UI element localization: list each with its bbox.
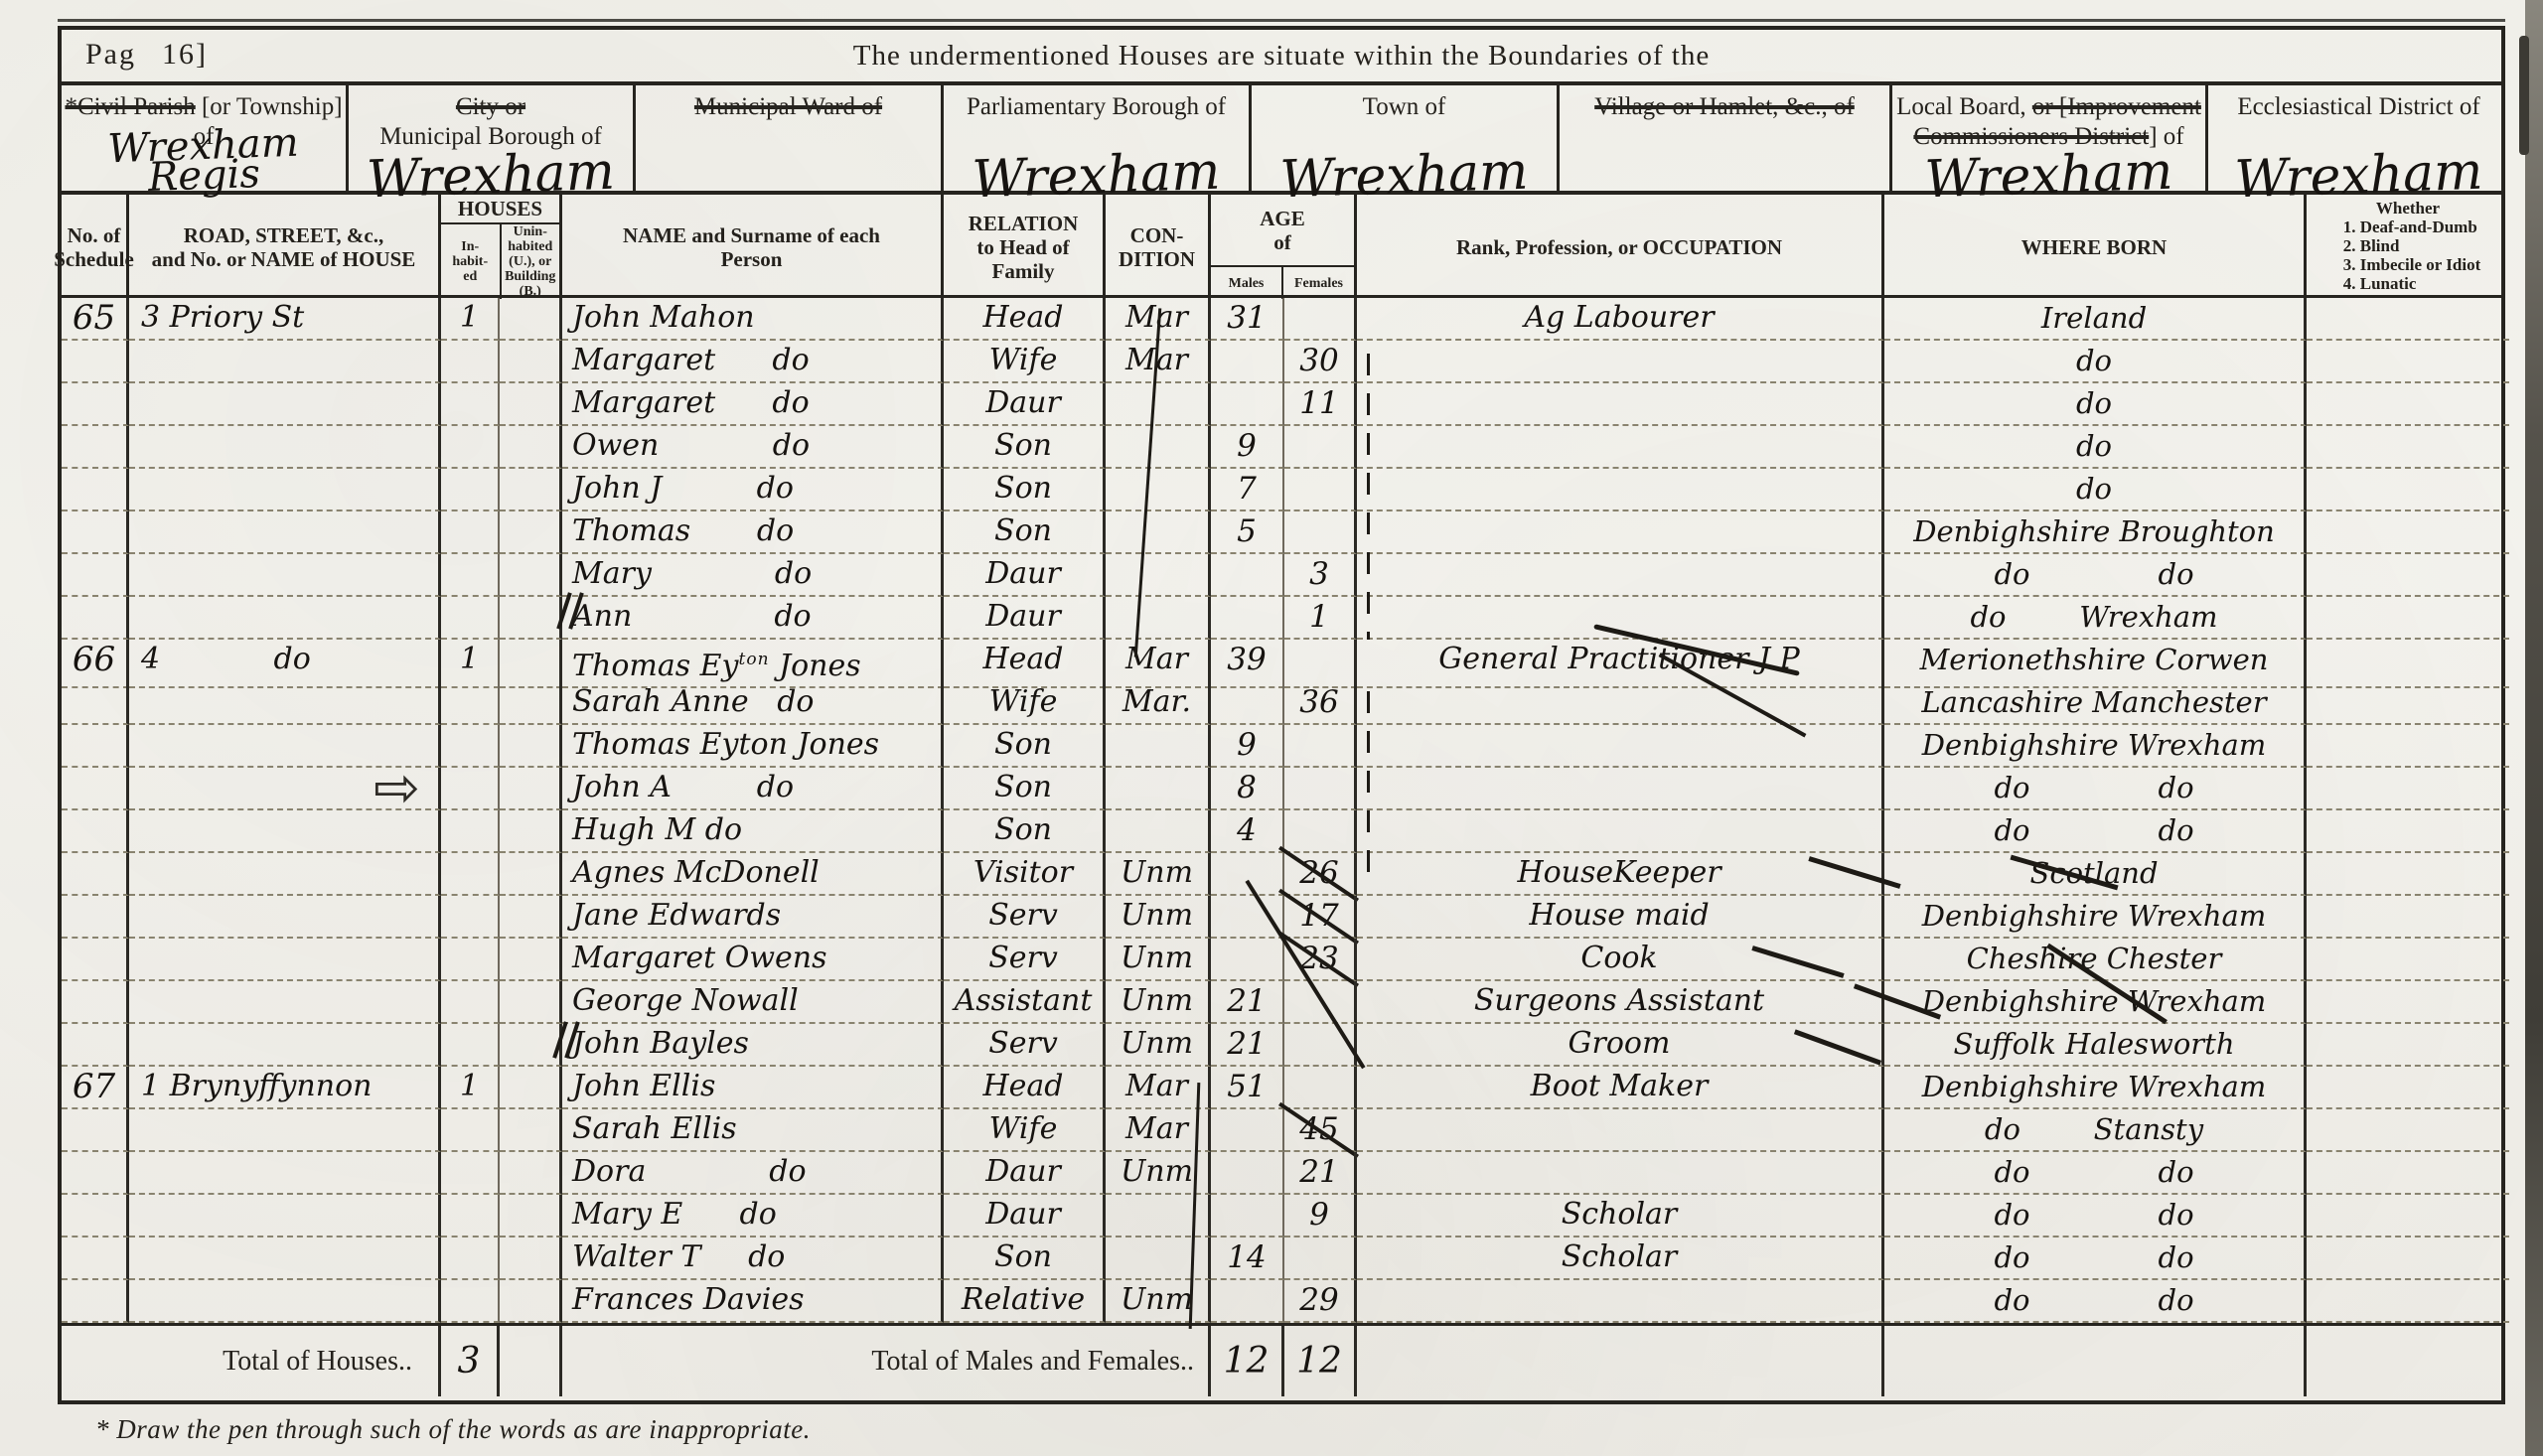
colhead-infirmity-list: 1. Deaf-and-Dumb 2. Blind 3. Imbecile or… — [2335, 218, 2481, 293]
cell-occupation — [1357, 1152, 1884, 1195]
cell-person-name: Frances Davies — [562, 1280, 944, 1323]
cell-age-female — [1284, 426, 1357, 469]
cell-infirmity — [2307, 810, 2509, 853]
cell-infirmity — [2307, 725, 2509, 768]
cell-houses-inhabited — [441, 1238, 500, 1280]
cell-relation: Relative — [944, 1280, 1106, 1323]
cell-where-born: do — [1884, 341, 2307, 383]
cell-where-born: Denbighshire Wrexham — [1884, 896, 2307, 939]
colhead-road: ROAD, STREET, &c., and No. or NAME of HO… — [129, 195, 441, 299]
district-box: Municipal Ward of — [636, 85, 944, 191]
cell-occupation: HouseKeeper — [1357, 853, 1884, 896]
cell-schedule-number — [62, 939, 129, 981]
cell-where-born: do do — [1884, 1152, 2307, 1195]
cell-occupation — [1357, 682, 1884, 725]
cell-road-street — [129, 426, 441, 469]
cell-houses-inhabited — [441, 383, 500, 426]
district-box: *Civil Parish [or Township] of Wrexham R… — [62, 85, 349, 191]
cell-condition: Mar — [1106, 298, 1211, 341]
cell-condition: Unm — [1106, 981, 1211, 1024]
cell-person-name: Thomas Eyton Jones — [562, 725, 944, 768]
cell-condition: Mar — [1106, 1067, 1211, 1109]
cell-occupation — [1357, 511, 1884, 554]
cell-age-female — [1284, 511, 1357, 554]
cell-houses-uninhabited — [500, 640, 562, 688]
district-box: Local Board, or [Improvement Commissione… — [1892, 85, 2208, 191]
total-houses-label: Total of Houses.. — [62, 1326, 441, 1396]
cell-schedule-number — [62, 682, 129, 725]
cell-houses-inhabited — [441, 896, 500, 939]
cell-age-male: 51 — [1211, 1067, 1284, 1109]
cell-houses-inhabited — [441, 1024, 500, 1067]
cell-infirmity — [2307, 896, 2509, 939]
cell-houses-inhabited — [441, 1152, 500, 1195]
cell-condition: Mar. — [1106, 682, 1211, 725]
cell-where-born: Denbighshire Wrexham — [1884, 1067, 2307, 1109]
cell-road-street — [129, 341, 441, 383]
cell-person-name: Walter T do — [562, 1238, 944, 1280]
cell-condition — [1106, 597, 1211, 640]
cell-person-name: Sarah Ellis — [562, 1109, 944, 1152]
cell-age-female: 45 — [1284, 1109, 1357, 1152]
cell-houses-inhabited: 1 — [441, 1067, 500, 1109]
cell-age-female — [1284, 1238, 1357, 1280]
cell-occupation: General Practitioner J P — [1357, 640, 1884, 688]
cell-age-male: 31 — [1211, 298, 1284, 341]
cell-houses-inhabited — [441, 341, 500, 383]
cell-condition — [1106, 768, 1211, 810]
cell-schedule-number — [62, 1152, 129, 1195]
cell-houses-inhabited — [441, 469, 500, 511]
cell-infirmity — [2307, 853, 2509, 896]
cell-schedule-number — [62, 1024, 129, 1067]
cell-age-female: 21 — [1284, 1152, 1357, 1195]
cell-condition — [1106, 469, 1211, 511]
cell-where-born: do Wrexham — [1884, 597, 2307, 640]
district-box: Town of Wrexham — [1252, 85, 1560, 191]
cell-occupation — [1357, 383, 1884, 426]
cell-relation: Head — [944, 1067, 1106, 1109]
page-word: Pag — [85, 38, 136, 71]
colhead-relation: RELATION to Head of Family — [944, 195, 1106, 299]
cell-condition — [1106, 1195, 1211, 1238]
cell-schedule-number: 67 — [62, 1067, 129, 1109]
cell-person-name: Agnes McDonell — [562, 853, 944, 896]
cell-road-street: 4 do — [129, 640, 441, 688]
cell-infirmity — [2307, 426, 2509, 469]
scan-edge-shadow — [2525, 0, 2543, 1456]
cell-schedule-number — [62, 1280, 129, 1323]
cell-houses-inhabited — [441, 1280, 500, 1323]
totals-spacer-1 — [500, 1326, 562, 1396]
cell-houses-inhabited — [441, 853, 500, 896]
cell-age-male: 9 — [1211, 426, 1284, 469]
cell-where-born: Denbighshire Broughton — [1884, 511, 2307, 554]
cell-houses-uninhabited — [500, 939, 562, 981]
cell-where-born: Lancashire Manchester — [1884, 682, 2307, 725]
cell-person-name: John Bayles — [562, 1024, 944, 1067]
cell-road-street — [129, 1195, 441, 1238]
cell-occupation: Scholar — [1357, 1238, 1884, 1280]
district-label-line1: Ecclesiastical District of — [2208, 92, 2509, 122]
cell-road-street — [129, 853, 441, 896]
cell-schedule-number: 65 — [62, 298, 129, 341]
table-row: Mary do Daur 3 do do — [62, 554, 2501, 597]
district-label-line1: Parliamentary Borough of — [944, 92, 1249, 122]
cell-occupation — [1357, 1109, 1884, 1152]
cell-age-male: 8 — [1211, 768, 1284, 810]
colhead-infirmity: Whether 1. Deaf-and-Dumb 2. Blind 3. Imb… — [2307, 195, 2509, 299]
cell-age-male — [1211, 896, 1284, 939]
cell-condition — [1106, 511, 1211, 554]
cell-occupation: Cook — [1357, 939, 1884, 981]
cell-age-female — [1284, 768, 1357, 810]
cell-relation: Wife — [944, 682, 1106, 725]
cell-occupation — [1357, 810, 1884, 853]
cell-age-male — [1211, 1280, 1284, 1323]
district-row: *Civil Parish [or Township] of Wrexham R… — [62, 85, 2501, 195]
cell-condition — [1106, 383, 1211, 426]
cell-houses-uninhabited — [500, 511, 562, 554]
cell-infirmity — [2307, 511, 2509, 554]
table-row: John A do Son 8 do do — [62, 768, 2501, 810]
cell-relation: Serv — [944, 939, 1106, 981]
cell-houses-uninhabited — [500, 1067, 562, 1109]
cell-relation: Visitor — [944, 853, 1106, 896]
cell-relation: Head — [944, 298, 1106, 341]
cell-person-name: Thomas Eyton Jones — [562, 640, 944, 688]
cell-infirmity — [2307, 597, 2509, 640]
cell-condition: Unm — [1106, 1152, 1211, 1195]
colhead-where-born: WHERE BORN — [1884, 195, 2307, 299]
cell-where-born: Denbighshire Wrexham — [1884, 981, 2307, 1024]
district-value: Wrexham Regis — [61, 126, 347, 196]
cell-schedule-number — [62, 768, 129, 810]
cell-infirmity — [2307, 682, 2509, 725]
insertion-arrow-icon: ⇨ — [374, 761, 420, 816]
cell-houses-inhabited — [441, 597, 500, 640]
colhead-schedule: No. of Schedule — [62, 195, 129, 299]
table-row: Margaret do Wife Mar 30 do — [62, 341, 2501, 383]
cell-houses-uninhabited — [500, 554, 562, 597]
table-row: 65 3 Priory St 1 John Mahon Head Mar 31 … — [62, 298, 2501, 341]
cell-person-name: Thomas do — [562, 511, 944, 554]
district-label-line1: Town of — [1252, 92, 1557, 122]
table-row: Margaret do Daur 11 do — [62, 383, 2501, 426]
cell-person-name: Mary do — [562, 554, 944, 597]
cell-relation: Wife — [944, 341, 1106, 383]
cell-where-born: Scotland — [1884, 853, 2307, 896]
cell-houses-uninhabited — [500, 810, 562, 853]
cell-infirmity — [2307, 640, 2509, 688]
cell-houses-uninhabited — [500, 1238, 562, 1280]
cell-relation: Son — [944, 426, 1106, 469]
table-row: Thomas do Son 5 Denbighshire Broughton — [62, 511, 2501, 554]
cell-condition — [1106, 725, 1211, 768]
colhead-females: Females — [1283, 267, 1354, 299]
cell-houses-uninhabited — [500, 1195, 562, 1238]
colhead-occupation: Rank, Profession, or OCCUPATION — [1357, 195, 1884, 299]
district-label-line1: Village or Hamlet, &c., of — [1560, 92, 1889, 122]
cell-infirmity — [2307, 1195, 2509, 1238]
cell-road-street — [129, 896, 441, 939]
page-number: 16] — [162, 38, 208, 71]
cell-schedule-number — [62, 1195, 129, 1238]
cell-houses-uninhabited — [500, 298, 562, 341]
cell-infirmity — [2307, 981, 2509, 1024]
cell-houses-uninhabited — [500, 426, 562, 469]
cell-age-female: 36 — [1284, 682, 1357, 725]
cell-occupation: Ag Labourer — [1357, 298, 1884, 341]
cell-where-born: do do — [1884, 1280, 2307, 1323]
cell-houses-inhabited — [441, 1195, 500, 1238]
cell-occupation — [1357, 768, 1884, 810]
cell-where-born: Suffolk Halesworth — [1884, 1024, 2307, 1067]
table-row: Mary E do Daur 9 Scholar do do — [62, 1195, 2501, 1238]
cell-schedule-number — [62, 853, 129, 896]
cell-age-female — [1284, 810, 1357, 853]
cell-houses-uninhabited — [500, 981, 562, 1024]
cell-schedule-number — [62, 1109, 129, 1152]
cell-occupation — [1357, 469, 1884, 511]
cell-road-street — [129, 981, 441, 1024]
cell-schedule-number — [62, 725, 129, 768]
cell-relation: Son — [944, 768, 1106, 810]
cell-age-male: 39 — [1211, 640, 1284, 688]
cell-schedule-number — [62, 597, 129, 640]
cell-relation: Daur — [944, 1152, 1106, 1195]
district-box: Parliamentary Borough of Wrexham — [944, 85, 1252, 191]
cell-schedule-number — [62, 426, 129, 469]
table-row: Frances Davies Relative Unm 29 do do — [62, 1280, 2501, 1323]
cell-person-name: Hugh M do — [562, 810, 944, 853]
totals-row: Total of Houses.. 3 Total of Males and F… — [62, 1323, 2501, 1396]
cell-age-female — [1284, 469, 1357, 511]
cell-person-name: George Nowall — [562, 981, 944, 1024]
cell-person-name: Ann do — [562, 597, 944, 640]
cell-road-street — [129, 1152, 441, 1195]
cell-houses-inhabited: 1 — [441, 298, 500, 341]
cell-relation: Wife — [944, 1109, 1106, 1152]
cell-occupation: Surgeons Assistant — [1357, 981, 1884, 1024]
cell-houses-inhabited — [441, 554, 500, 597]
cell-where-born: do — [1884, 426, 2307, 469]
cell-occupation — [1357, 426, 1884, 469]
column-header-row: No. of Schedule ROAD, STREET, &c., and N… — [62, 195, 2501, 298]
cell-occupation — [1357, 554, 1884, 597]
table-row: Sarah Ellis Wife Mar 45 do Stansty — [62, 1109, 2501, 1152]
cell-where-born: Cheshire Chester — [1884, 939, 2307, 981]
table-row: Owen do Son 9 do — [62, 426, 2501, 469]
cell-age-male — [1211, 1195, 1284, 1238]
cell-houses-inhabited — [441, 725, 500, 768]
cell-houses-uninhabited — [500, 768, 562, 810]
cell-infirmity — [2307, 383, 2509, 426]
cell-person-name: Jane Edwards — [562, 896, 944, 939]
cell-person-name: Sarah Anne do — [562, 682, 944, 725]
cell-condition — [1106, 554, 1211, 597]
cell-occupation: House maid — [1357, 896, 1884, 939]
cell-where-born: do do — [1884, 1238, 2307, 1280]
cell-condition — [1106, 810, 1211, 853]
cell-relation: Son — [944, 469, 1106, 511]
cell-relation: Son — [944, 725, 1106, 768]
footnote: * Draw the pen through such of the words… — [95, 1414, 811, 1445]
cell-relation: Son — [944, 810, 1106, 853]
cell-condition: Mar — [1106, 1109, 1211, 1152]
cell-age-female: 26 — [1284, 853, 1357, 896]
table-row: Thomas Eyton Jones Son 9 Denbighshire Wr… — [62, 725, 2501, 768]
cell-age-male: 9 — [1211, 725, 1284, 768]
cell-infirmity — [2307, 341, 2509, 383]
cell-age-female: 3 — [1284, 554, 1357, 597]
totals-spacer-2 — [1357, 1326, 1884, 1396]
cell-occupation — [1357, 341, 1884, 383]
cell-road-street — [129, 1280, 441, 1323]
cell-houses-uninhabited — [500, 682, 562, 725]
cell-houses-inhabited — [441, 426, 500, 469]
cell-houses-uninhabited — [500, 1109, 562, 1152]
cell-road-street — [129, 939, 441, 981]
cell-houses-inhabited — [441, 810, 500, 853]
district-label-line1: Local Board, or [Improvement — [1892, 92, 2205, 122]
cell-person-name: John Mahon — [562, 298, 944, 341]
cell-houses-uninhabited — [500, 469, 562, 511]
cell-schedule-number — [62, 383, 129, 426]
district-label-line1: City or — [349, 92, 633, 122]
cell-infirmity — [2307, 1024, 2509, 1067]
cell-schedule-number — [62, 511, 129, 554]
cell-person-name: John Ellis — [562, 1067, 944, 1109]
cell-houses-uninhabited — [500, 597, 562, 640]
district-value: Wrexham — [1892, 156, 2206, 197]
cell-age-female — [1284, 640, 1357, 688]
cell-relation: Daur — [944, 597, 1106, 640]
cell-age-female — [1284, 981, 1357, 1024]
cell-condition — [1106, 1238, 1211, 1280]
district-box: Ecclesiastical District of Wrexham — [2208, 85, 2509, 191]
cell-relation: Daur — [944, 1195, 1106, 1238]
colhead-uninhabited: Unin- habited (U.), or Building (B.) — [502, 224, 560, 299]
cell-houses-inhabited: 1 — [441, 640, 500, 688]
cell-age-male — [1211, 597, 1284, 640]
cell-condition: Unm — [1106, 1024, 1211, 1067]
cell-infirmity — [2307, 768, 2509, 810]
scan-smudge — [2519, 36, 2529, 155]
cell-occupation: Groom — [1357, 1024, 1884, 1067]
cell-where-born: do — [1884, 469, 2307, 511]
cell-age-female: 11 — [1284, 383, 1357, 426]
cell-relation: Serv — [944, 896, 1106, 939]
table-row: John J do Son 7 do — [62, 469, 2501, 511]
cell-houses-uninhabited — [500, 383, 562, 426]
cell-schedule-number — [62, 1238, 129, 1280]
cell-road-street — [129, 469, 441, 511]
district-value: Wrexham — [944, 156, 1250, 197]
cell-condition: Unm — [1106, 896, 1211, 939]
cell-person-name: Margaret Owens — [562, 939, 944, 981]
cell-age-female: 1 — [1284, 597, 1357, 640]
cell-where-born: Ireland — [1884, 298, 2307, 341]
colhead-houses-group: HOUSES In- habit- ed Unin- habited (U.),… — [441, 195, 562, 299]
cell-age-male — [1211, 383, 1284, 426]
cell-road-street: 3 Priory St — [129, 298, 441, 341]
cell-houses-inhabited — [441, 768, 500, 810]
cell-condition: Unm — [1106, 939, 1211, 981]
cell-condition — [1106, 426, 1211, 469]
district-box: City or Municipal Borough of Wrexham — [349, 85, 636, 191]
table-row: Ann do Daur 1 do Wrexham — [62, 597, 2501, 640]
cell-relation: Serv — [944, 1024, 1106, 1067]
cell-houses-inhabited — [441, 511, 500, 554]
colhead-males: Males — [1211, 267, 1283, 299]
table-row: Sarah Anne do Wife Mar. 36 Lancashire Ma… — [62, 682, 2501, 725]
cell-age-female: 30 — [1284, 341, 1357, 383]
total-houses-value: 3 — [441, 1326, 500, 1396]
cell-where-born: do do — [1884, 1195, 2307, 1238]
cell-relation: Daur — [944, 554, 1106, 597]
cell-infirmity — [2307, 554, 2509, 597]
cell-houses-uninhabited — [500, 1280, 562, 1323]
district-value: Wrexham — [349, 156, 634, 196]
cell-age-male — [1211, 939, 1284, 981]
cell-age-male: 5 — [1211, 511, 1284, 554]
cell-age-female: 17 — [1284, 896, 1357, 939]
cell-schedule-number — [62, 896, 129, 939]
cell-infirmity — [2307, 1280, 2509, 1323]
census-sheet: Pag16] The undermentioned Houses are sit… — [58, 26, 2505, 1404]
cell-condition: Mar — [1106, 640, 1211, 688]
cell-age-male: 21 — [1211, 1024, 1284, 1067]
cell-where-born: Denbighshire Wrexham — [1884, 725, 2307, 768]
cell-houses-uninhabited — [500, 853, 562, 896]
cell-age-male: 21 — [1211, 981, 1284, 1024]
cell-infirmity — [2307, 939, 2509, 981]
cell-condition: Unm — [1106, 1280, 1211, 1323]
cell-person-name: Margaret do — [562, 341, 944, 383]
district-value: Wrexham — [1252, 156, 1558, 197]
page-label: Pag16] — [85, 38, 208, 72]
colhead-name: NAME and Surname of each Person — [562, 195, 944, 299]
cell-houses-inhabited — [441, 939, 500, 981]
cell-relation: Son — [944, 511, 1106, 554]
cell-houses-uninhabited — [500, 1024, 562, 1067]
cell-houses-uninhabited — [500, 896, 562, 939]
cell-age-male — [1211, 1152, 1284, 1195]
cell-schedule-number — [62, 810, 129, 853]
total-females-value: 12 — [1284, 1326, 1357, 1396]
cell-relation: Daur — [944, 383, 1106, 426]
cell-age-male — [1211, 1109, 1284, 1152]
cell-age-male: 14 — [1211, 1238, 1284, 1280]
cell-where-born: do do — [1884, 810, 2307, 853]
cell-relation: Head — [944, 640, 1106, 688]
table-row: Margaret Owens Serv Unm 23 Cook Cheshire… — [62, 939, 2501, 981]
cell-relation: Son — [944, 1238, 1106, 1280]
cell-road-street — [129, 1238, 441, 1280]
cell-person-name: Dora do — [562, 1152, 944, 1195]
cell-where-born: Merionethshire Corwen — [1884, 640, 2307, 688]
cell-person-name: Margaret do — [562, 383, 944, 426]
cell-occupation: Boot Maker — [1357, 1067, 1884, 1109]
cell-infirmity — [2307, 1152, 2509, 1195]
cell-schedule-number — [62, 469, 129, 511]
cell-road-street: 1 Brynyffynnon — [129, 1067, 441, 1109]
cell-where-born: do — [1884, 383, 2307, 426]
cell-age-male — [1211, 554, 1284, 597]
cell-infirmity — [2307, 469, 2509, 511]
table-row: Walter T do Son 14 Scholar do do — [62, 1238, 2501, 1280]
